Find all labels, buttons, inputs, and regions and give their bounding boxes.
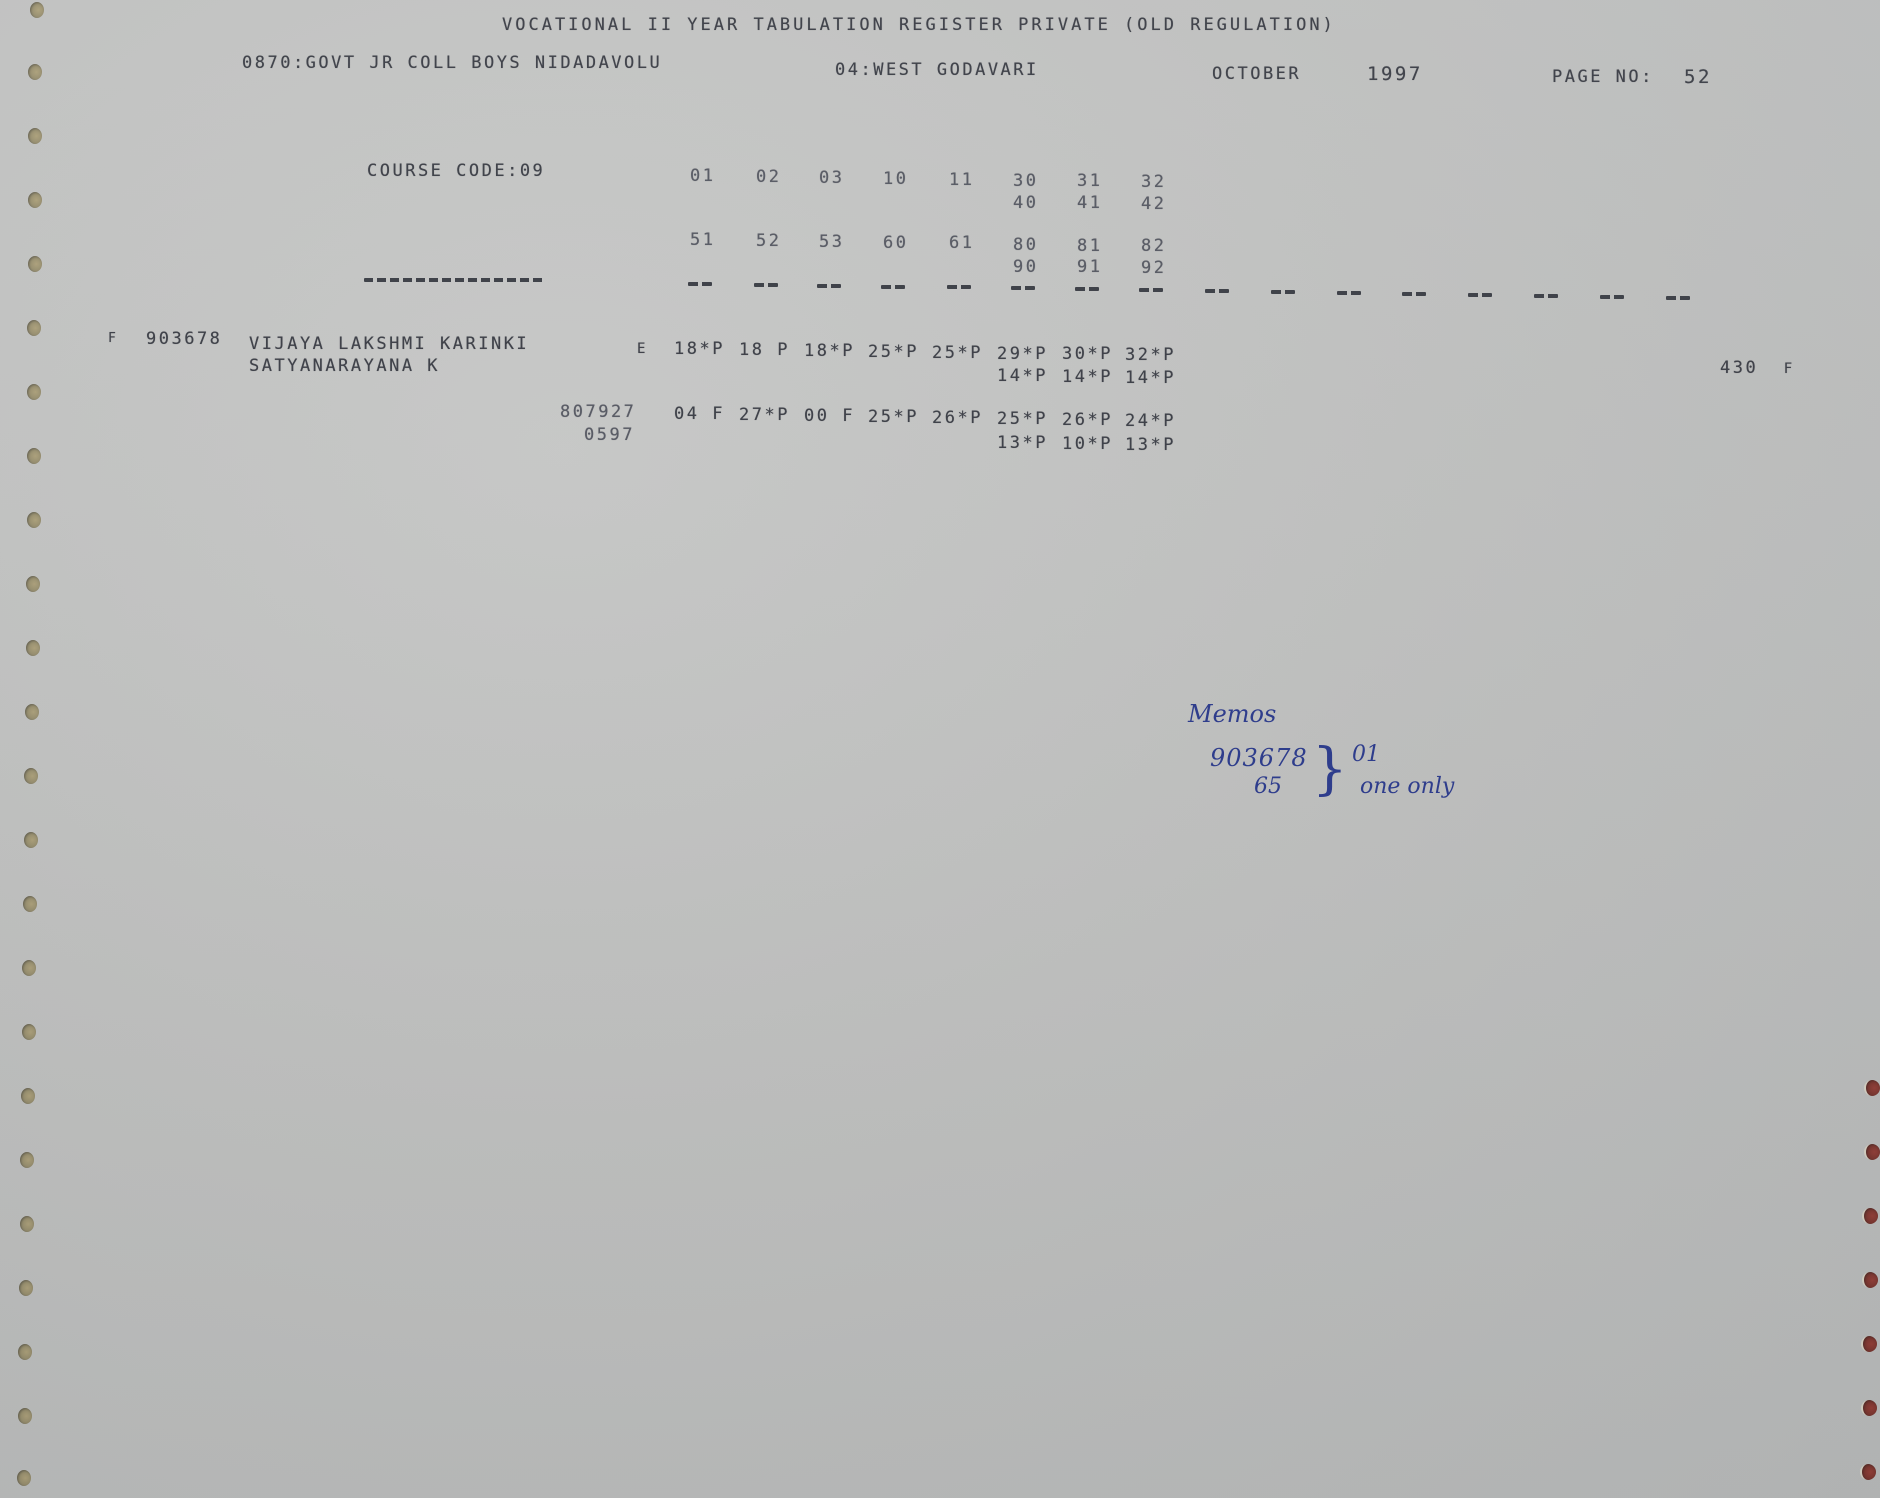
result-status: F	[1784, 361, 1795, 377]
sprocket-hole-icon	[1861, 1336, 1877, 1352]
course-code: COURSE CODE:09	[367, 161, 545, 181]
mark-cell: 25*P	[997, 409, 1048, 429]
memo-hall-ticket: 903678	[1210, 744, 1308, 772]
mark-cell: 25*P	[868, 407, 919, 427]
sprocket-hole-icon	[28, 64, 42, 80]
column-dash	[1205, 289, 1229, 293]
district-name: 04:WEST GODAVARI	[835, 60, 1039, 80]
column-dash	[1402, 292, 1426, 296]
mark-cell: 13*P	[997, 433, 1048, 453]
subject-code: 81	[1077, 236, 1102, 256]
sprocket-hole-icon	[1862, 1208, 1878, 1224]
sprocket-hole-icon	[30, 2, 44, 18]
mark-cell: 27*P	[739, 405, 790, 425]
sprocket-hole-icon	[20, 1216, 34, 1232]
page-number: 52	[1684, 67, 1712, 87]
sprocket-hole-icon	[1864, 1144, 1880, 1160]
column-dash	[1139, 288, 1163, 292]
sprocket-hole-icon	[18, 1344, 32, 1360]
college-name: 0870:GOVT JR COLL BOYS NIDADAVOLU	[242, 53, 662, 73]
previous-hall-ticket: 807927	[560, 402, 636, 422]
sprocket-hole-icon	[28, 128, 42, 144]
subject-code: 40	[1013, 193, 1038, 213]
medium: E	[637, 339, 648, 359]
mark-cell: 00 F	[804, 406, 855, 426]
mark-cell: 29*P	[997, 344, 1048, 364]
sprocket-hole-icon	[26, 640, 40, 656]
sprocket-hole-icon	[1864, 1080, 1880, 1096]
sprocket-hole-icon	[26, 576, 40, 592]
sprocket-hole-icon	[18, 1408, 32, 1424]
column-dash	[1075, 287, 1099, 291]
subject-code: 30	[1013, 171, 1038, 191]
total-marks: 430	[1720, 358, 1758, 378]
mark-cell: 18*P	[674, 339, 725, 359]
sprocket-hole-icon	[27, 512, 41, 528]
exam-year: 1997	[1367, 64, 1423, 84]
column-dash	[947, 285, 971, 289]
sprocket-hole-icon	[20, 1152, 34, 1168]
sprocket-hole-icon	[25, 704, 39, 720]
mark-cell: 26*P	[932, 408, 983, 428]
sprocket-hole-icon	[1862, 1272, 1878, 1288]
subject-code: 61	[949, 233, 974, 253]
subject-code: 52	[756, 231, 781, 251]
subject-code: 80	[1013, 235, 1038, 255]
mark-cell: 18 P	[739, 340, 790, 360]
mark-cell: 14*P	[997, 366, 1048, 386]
sprocket-hole-icon	[27, 448, 41, 464]
candidate-name: VIJAYA LAKSHMI KARINKI	[249, 334, 529, 354]
column-dash	[688, 282, 712, 286]
sprocket-hole-icon	[1861, 1400, 1877, 1416]
subject-code: 92	[1141, 258, 1166, 278]
column-dash	[1666, 296, 1690, 300]
sprocket-hole-icon	[19, 1280, 33, 1296]
column-dash	[1337, 291, 1361, 295]
column-dash	[817, 284, 841, 288]
mark-cell: 32*P	[1125, 345, 1176, 365]
sprocket-hole-icon	[24, 768, 38, 784]
subject-code: 10	[883, 169, 908, 189]
page-label: PAGE NO:	[1552, 67, 1654, 87]
sprocket-hole-icon	[27, 384, 41, 400]
sprocket-hole-icon	[27, 320, 41, 336]
sprocket-hole-icon	[22, 960, 36, 976]
subject-code: 41	[1077, 193, 1102, 213]
candidate-gender: F	[108, 329, 118, 349]
total-and-result: 430 F	[1720, 358, 1795, 379]
subject-code: 51	[690, 230, 715, 250]
mark-cell: 25*P	[932, 343, 983, 363]
subject-code: 60	[883, 233, 908, 253]
subject-code: 53	[819, 232, 844, 252]
mark-cell: 14*P	[1062, 367, 1113, 387]
mark-cell: 14*P	[1125, 368, 1176, 388]
sprocket-hole-icon	[21, 1088, 35, 1104]
subject-code: 91	[1077, 257, 1102, 277]
father-name: SATYANARAYANA K	[249, 356, 440, 376]
previous-session: 0597	[584, 425, 635, 445]
curly-brace-icon: }	[1312, 742, 1348, 798]
sprocket-hole-icon	[24, 832, 38, 848]
subject-code: 31	[1077, 171, 1102, 191]
memo-heading: Memos	[1188, 700, 1276, 728]
subject-code: 02	[756, 167, 781, 187]
column-dash	[881, 285, 905, 289]
subject-code: 11	[949, 170, 974, 190]
long-dash-rule	[364, 278, 546, 282]
subject-code: 90	[1013, 257, 1038, 277]
column-dash	[1468, 293, 1492, 297]
subject-code: 01	[690, 166, 715, 186]
sprocket-hole-icon	[22, 1024, 36, 1040]
sprocket-hole-icon	[1860, 1464, 1876, 1480]
left-sprocket-strip	[12, 0, 52, 1498]
mark-cell: 26*P	[1062, 410, 1113, 430]
sprocket-hole-icon	[23, 896, 37, 912]
mark-cell: 10*P	[1062, 434, 1113, 454]
column-dash	[1271, 290, 1295, 294]
mark-cell: 25*P	[868, 342, 919, 362]
subject-code: 03	[819, 168, 844, 188]
column-dash	[1011, 286, 1035, 290]
sprocket-hole-icon	[17, 1470, 31, 1486]
hall-ticket-number: 903678	[146, 329, 222, 349]
subject-code: 42	[1141, 194, 1166, 214]
mark-cell: 04 F	[674, 404, 725, 424]
memo-code: 01	[1352, 742, 1380, 767]
right-sprocket-strip	[1858, 0, 1880, 1498]
memo-number: 65	[1254, 774, 1282, 799]
column-dash	[1600, 295, 1624, 299]
subject-code: 32	[1141, 172, 1166, 192]
mark-cell: 18*P	[804, 341, 855, 361]
register-title: VOCATIONAL II YEAR TABULATION REGISTER P…	[502, 15, 1336, 35]
memo-remark: one only	[1360, 774, 1454, 799]
column-dash	[1534, 294, 1558, 298]
scanned-page: VOCATIONAL II YEAR TABULATION REGISTER P…	[0, 0, 1880, 1498]
column-dash	[754, 283, 778, 287]
mark-cell: 30*P	[1062, 344, 1113, 364]
sprocket-hole-icon	[28, 192, 42, 208]
sprocket-hole-icon	[28, 256, 42, 272]
mark-cell: 24*P	[1125, 411, 1176, 431]
mark-cell: 13*P	[1125, 435, 1176, 455]
subject-code: 82	[1141, 236, 1166, 256]
exam-month: OCTOBER	[1212, 64, 1301, 84]
